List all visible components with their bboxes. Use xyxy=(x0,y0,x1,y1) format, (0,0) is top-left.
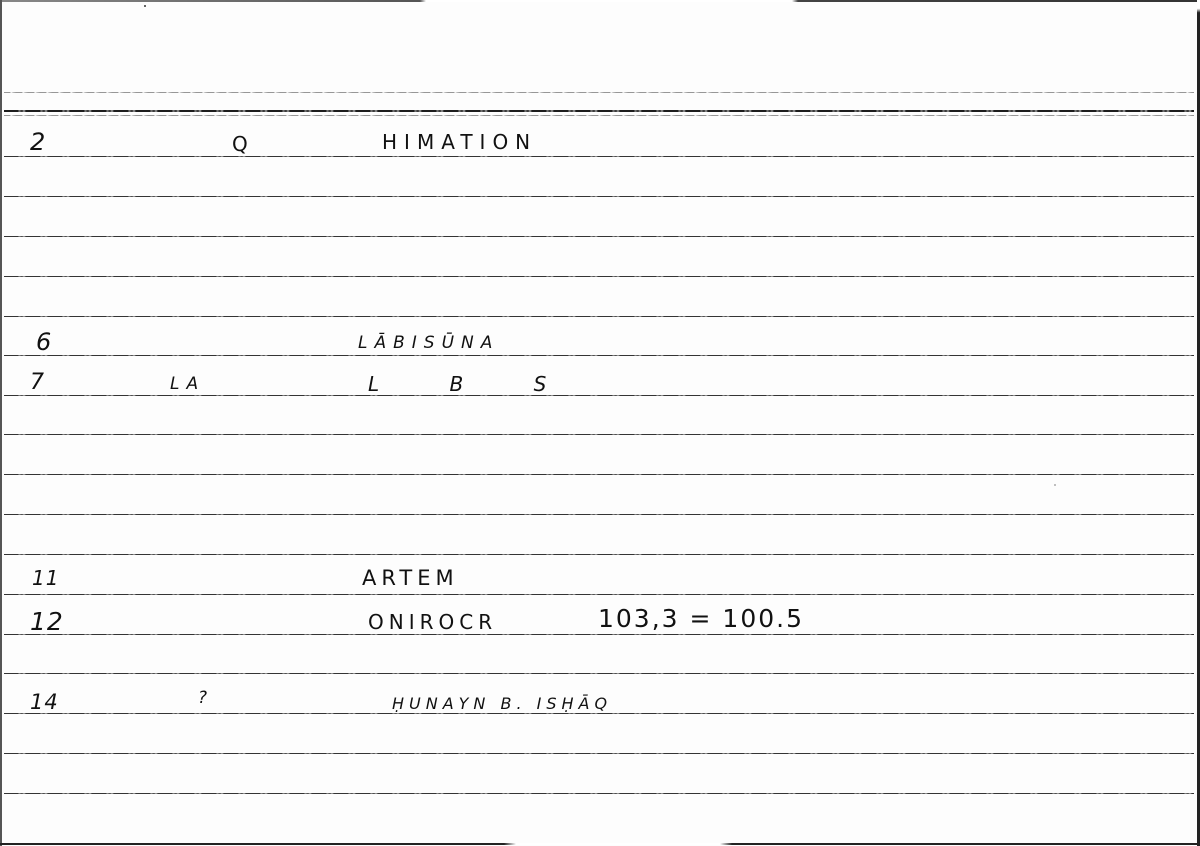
row-2-number: 2 xyxy=(30,130,46,154)
row-7-entry: L B S xyxy=(368,374,548,394)
ruled-line xyxy=(4,634,1194,635)
ruled-line xyxy=(4,156,1194,157)
row-12-number: 12 xyxy=(30,609,64,634)
ruled-line xyxy=(4,673,1194,674)
ruled-line xyxy=(4,514,1194,515)
row-14-number: 14 xyxy=(30,692,59,713)
scan-speck xyxy=(1054,484,1056,486)
row-6-entry: LĀBISŪNA xyxy=(358,335,499,352)
row-11-number: 11 xyxy=(32,568,59,588)
row-12-entry: ONIROCR xyxy=(368,612,497,632)
ruled-line xyxy=(4,474,1194,475)
ruled-line xyxy=(4,196,1194,197)
ruled-line xyxy=(4,713,1194,714)
header-rule-2 xyxy=(4,110,1194,112)
row-2-code: Q xyxy=(232,134,254,154)
page-edge-bottom xyxy=(0,843,1200,845)
row-7-number: 7 xyxy=(30,372,45,394)
page-edge-top xyxy=(0,0,1200,2)
ruled-line xyxy=(4,793,1194,794)
ruled-line xyxy=(4,316,1194,317)
ruled-line xyxy=(4,236,1194,237)
row-11-entry: ARTEM xyxy=(362,568,459,589)
row-14-entry: ḤUNAYN B. ISḤĀQ xyxy=(392,696,612,712)
header-rule-3 xyxy=(4,115,1194,116)
ruled-sheet: 2 Q HIMATION 6 LĀBISŪNA 7 LA L B S 11 AR… xyxy=(0,0,1200,846)
row-14-code: ? xyxy=(198,690,214,707)
ruled-line xyxy=(4,355,1194,356)
row-2-entry: HIMATION xyxy=(382,132,537,152)
ruled-line xyxy=(4,434,1194,435)
ruled-line xyxy=(4,276,1194,277)
page-edge-left xyxy=(0,0,2,846)
ruled-line xyxy=(4,753,1194,754)
ruled-line xyxy=(4,594,1194,595)
ruled-line xyxy=(4,554,1194,555)
row-12-reference-note: 103,3 = 100.5 xyxy=(598,606,804,631)
scan-speck xyxy=(144,5,146,7)
header-rule-1 xyxy=(4,92,1194,93)
row-6-number: 6 xyxy=(36,330,52,354)
row-7-code: LA xyxy=(170,376,205,393)
ruled-line xyxy=(4,395,1194,396)
